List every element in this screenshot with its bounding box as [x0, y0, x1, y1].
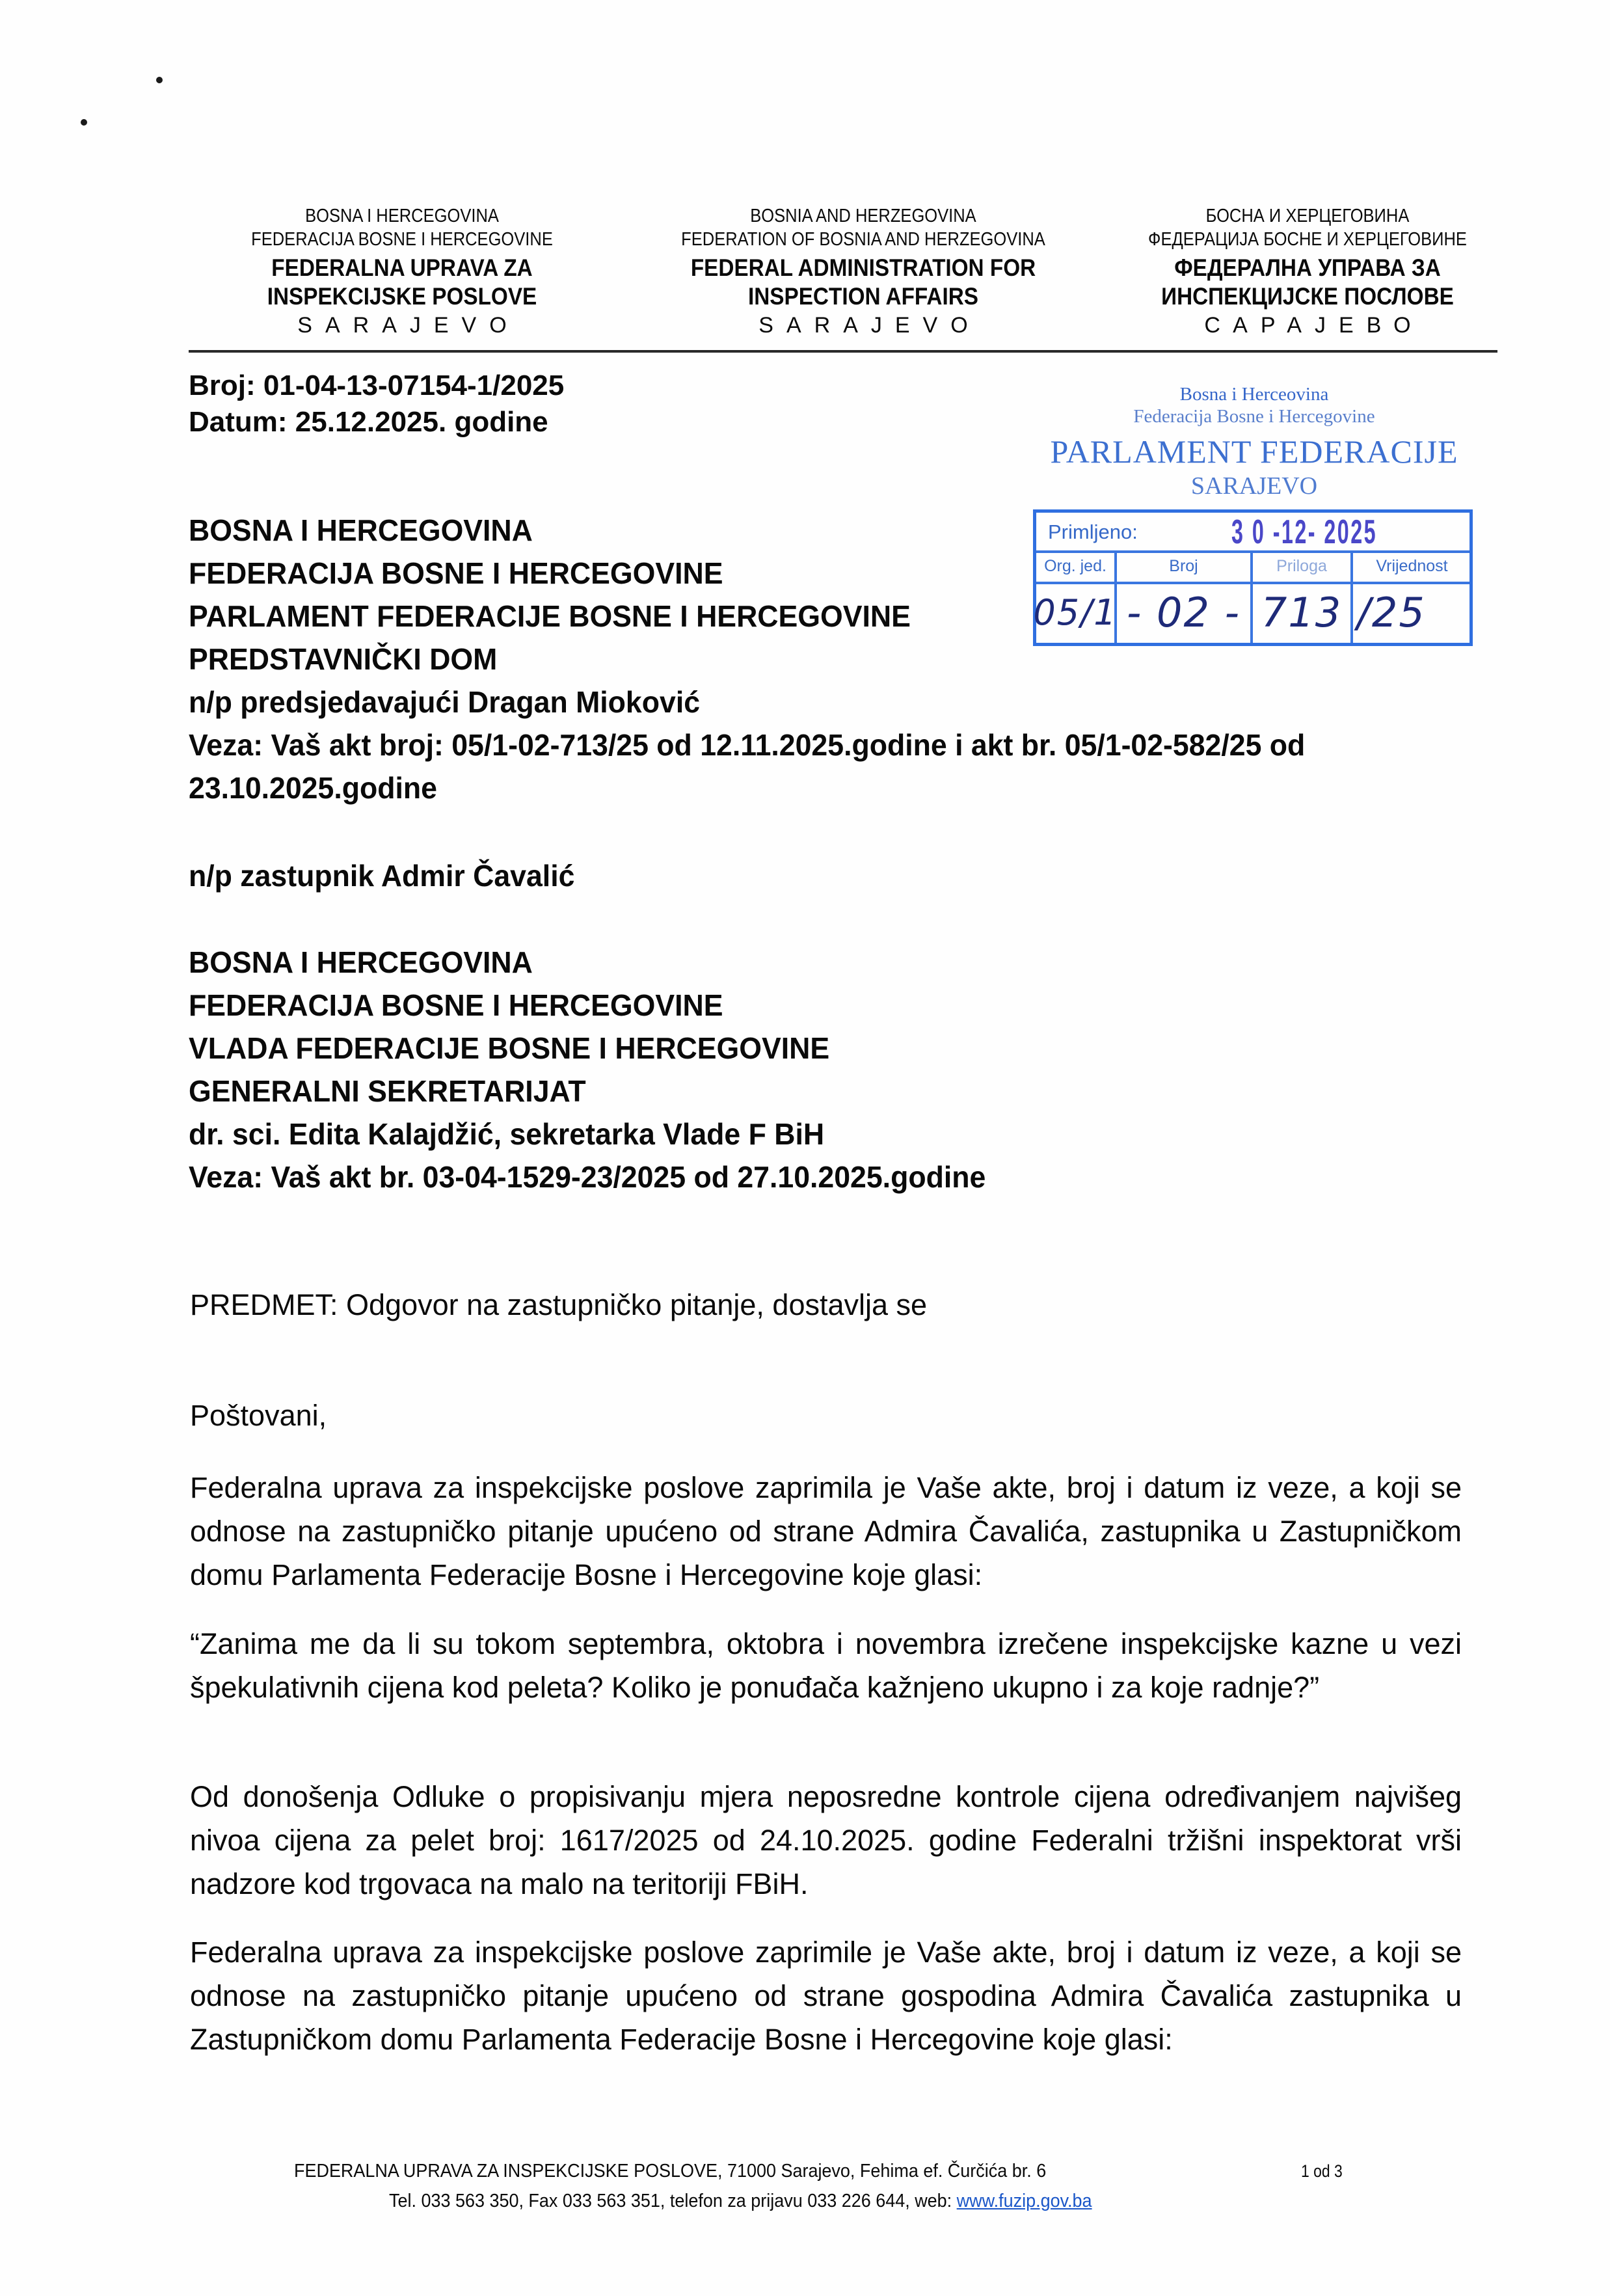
addressee-line: BOSNA I HERCEGOVINA — [189, 509, 1305, 552]
addressee-parliament: BOSNA I HERCEGOVINA FEDERACIJA BOSNE I H… — [189, 509, 1305, 809]
footer-contact-text: Tel. 033 563 350, Fax 033 563 351, telef… — [389, 2191, 957, 2211]
letterhead-city: САРАЈЕВО — [1093, 311, 1522, 340]
reference-number: Broj: 01-04-13-07154-1/2025 — [189, 368, 564, 404]
letterhead-agency-line2: ИНСПЕКЦИЈСКЕ ПОСЛОВЕ — [1114, 282, 1501, 311]
letterhead-city: SARAJEVO — [636, 311, 1091, 340]
stamp-entity: Federacija Bosne i Hercegovine — [1033, 406, 1475, 427]
addressee-line: PREDSTAVNIČKI DOM — [189, 638, 1305, 681]
letterhead-cyrillic: БОСНА И ХЕРЦЕГОВИНА ФЕДЕРАЦИЈА БОСНЕ И Х… — [1093, 207, 1522, 340]
document-page: BOSNA I HERCEGOVINA FEDERACIJA BOSNE I H… — [0, 0, 1610, 2296]
scan-speck — [81, 119, 87, 126]
website-link[interactable]: www.fuzip.gov.ba — [957, 2191, 1092, 2211]
addressee-government: BOSNA I HERCEGOVINA FEDERACIJA BOSNE I H… — [189, 941, 986, 1198]
addressee-reference: Veza: Vaš akt br. 03-04-1529-23/2025 od … — [189, 1155, 986, 1198]
letterhead-english: BOSNIA AND HERZEGOVINA FEDERATION OF BOS… — [636, 207, 1091, 340]
addressee-reference-cont: 23.10.2025.godine — [189, 766, 1305, 809]
body-paragraph-2: Od donošenja Odluke o propisivanju mjera… — [190, 1775, 1462, 1906]
addressee-line: VLADA FEDERACIJE BOSNE I HERCEGOVINE — [189, 1027, 986, 1070]
letterhead-agency-line2: INSPECTION AFFAIRS — [658, 282, 1068, 311]
letterhead-city: SARAJEVO — [207, 311, 597, 340]
scan-speck — [156, 77, 163, 83]
letterhead-country: БОСНА И ХЕРЦЕГОВИНА — [1119, 207, 1497, 230]
paragraph-text: Federalna uprava za inspekcijske poslove… — [190, 1466, 1462, 1597]
footer-address: FEDERALNA UPRAVA ZA INSPEKCIJSKE POSLOVE… — [294, 2157, 1046, 2185]
letterhead-agency-line2: INSPEKCIJSKE POSLOVE — [226, 282, 578, 311]
letterhead-agency-line1: FEDERALNA UPRAVA ZA — [226, 254, 578, 282]
subject-line: PREDMET: Odgovor na zastupničko pitanje,… — [190, 1288, 927, 1322]
stamp-title: PARLAMENT FEDERACIJE — [1033, 433, 1475, 470]
paragraph-text: Federalna uprava za inspekcijske poslove… — [190, 1930, 1462, 2061]
stamp-col-vrijednost: Vrijednost — [1376, 557, 1447, 576]
letterhead-divider — [189, 350, 1497, 353]
letterhead-country: BOSNA I HERCEGOVINA — [230, 207, 574, 230]
reference-date: Datum: 25.12.2025. godine — [189, 404, 564, 440]
body-paragraph-1: Federalna uprava za inspekcijske poslove… — [190, 1466, 1462, 1597]
letterhead-entity: ФЕДЕРАЦИЈА БОСНЕ И ХЕРЦЕГОВИНЕ — [1119, 230, 1497, 254]
letterhead-country: BOSNIA AND HERZEGOVINA — [663, 207, 1064, 230]
addressee-line: GENERALNI SEKRETARIJAT — [189, 1070, 986, 1113]
addressee-line: FEDERACIJA BOSNE I HERCEGOVINE — [189, 984, 986, 1027]
letterhead-agency-line1: ФЕДЕРАЛНА УПРАВА ЗА — [1114, 254, 1501, 282]
footer-contact: Tel. 033 563 350, Fax 033 563 351, telef… — [389, 2187, 1092, 2215]
greeting: Poštovani, — [190, 1399, 327, 1433]
page-number: 1 od 3 — [1301, 2157, 1343, 2185]
addressee-representative: n/p zastupnik Admir Čavalić — [189, 854, 574, 897]
paragraph-text: “Zanima me da li su tokom septembra, okt… — [190, 1622, 1462, 1709]
addressee-attention: n/p zastupnik Admir Čavalić — [189, 854, 574, 897]
letterhead-agency-line1: FEDERAL ADMINISTRATION FOR — [658, 254, 1068, 282]
letterhead-bosnian: BOSNA I HERCEGOVINA FEDERACIJA BOSNE I H… — [207, 207, 597, 340]
body-paragraph-quote: “Zanima me da li su tokom septembra, okt… — [190, 1622, 1462, 1709]
stamp-country: Bosna i Herceovina — [1033, 384, 1475, 405]
addressee-line: BOSNA I HERCEGOVINA — [189, 941, 986, 984]
letterhead-entity: FEDERATION OF BOSNIA AND HERZEGOVINA — [663, 230, 1064, 254]
addressee-line: PARLAMENT FEDERACIJE BOSNE I HERCEGOVINE — [189, 595, 1305, 638]
addressee-line: FEDERACIJA BOSNE I HERCEGOVINE — [189, 552, 1305, 595]
stamp-value-vrijednost: /25 — [1357, 589, 1426, 636]
body-paragraph-3: Federalna uprava za inspekcijske poslove… — [190, 1930, 1462, 2061]
reference-block: Broj: 01-04-13-07154-1/2025 Datum: 25.12… — [189, 368, 564, 440]
addressee-attention: n/p predsjedavajući Dragan Mioković — [189, 681, 1305, 723]
letterhead-entity: FEDERACIJA BOSNE I HERCEGOVINE — [230, 230, 574, 254]
paragraph-text: Od donošenja Odluke o propisivanju mjera… — [190, 1775, 1462, 1906]
stamp-city: SARAJEVO — [1033, 472, 1475, 500]
addressee-attention: dr. sci. Edita Kalajdžić, sekretarka Vla… — [189, 1113, 986, 1155]
addressee-reference: Veza: Vaš akt broj: 05/1-02-713/25 od 12… — [189, 723, 1305, 766]
